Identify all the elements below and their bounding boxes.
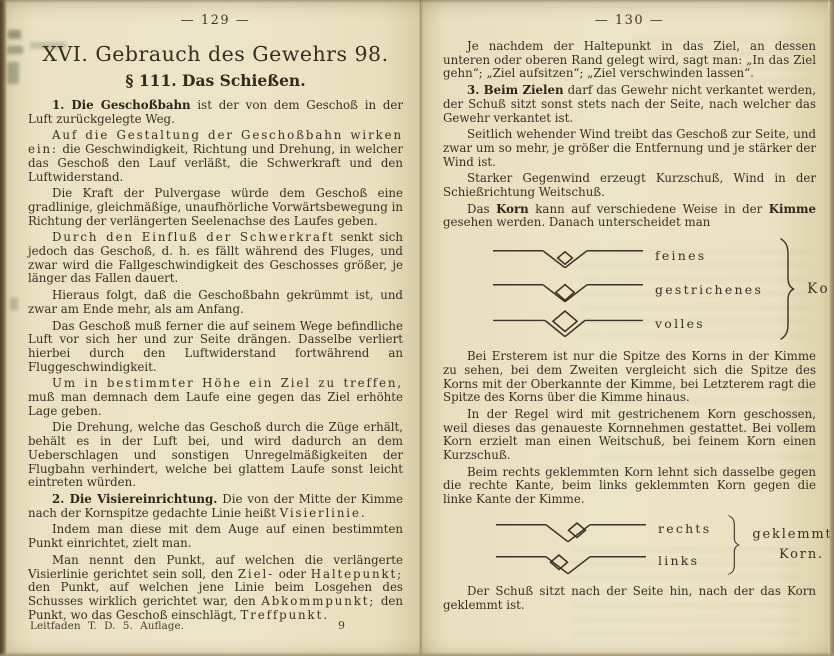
text-segment: Ziel- <box>238 567 274 581</box>
clamped-korn-brace-label: geklemmtes Korn. <box>752 525 834 565</box>
text-segment: Durch den Einfluß der Schwerkraft <box>52 230 335 244</box>
sight-row-left-clamped: links <box>496 545 711 577</box>
paragraph: Die Kraft der Pulvergase würde dem Gesch… <box>28 187 403 228</box>
text-segment: Seitlich wehender Wind treibt das Gescho… <box>443 127 816 168</box>
right-page: — 130 — Je nachdem der Haltepunkt in das… <box>422 0 828 656</box>
sight-label-right: rechts <box>658 521 711 536</box>
sight-picture-left-clamped-icon <box>496 544 646 578</box>
text-segment: 1. Die Geschoßbahn <box>52 98 191 112</box>
chapter-title: XVI. Gebrauch des Gewehrs 98. <box>28 42 403 66</box>
text-segment: Haltepunkt; <box>311 567 403 581</box>
page-number-129: — 129 — <box>28 0 403 28</box>
text-segment: Je nachdem der Haltepunkt in das Ziel, a… <box>443 39 816 80</box>
text-segment: Beim rechts geklemmten Korn lehnt sich d… <box>443 465 816 506</box>
text-segment: Starker Gegenwind erzeugt Kurzschuß, Win… <box>443 171 816 199</box>
sight-label-left: links <box>658 553 699 568</box>
text-segment: Das Geschoß muß ferner die auf seinem We… <box>28 319 403 374</box>
clamped-korn-label-line2: Korn. <box>752 545 834 565</box>
paragraph: Hieraus folgt, daß die Geschoßbahn gekrü… <box>28 289 403 316</box>
text-segment: Der Schuß sitzt nach der Seite hin, nach… <box>443 584 816 612</box>
sight-row-level: gestrichenes <box>493 272 763 306</box>
right-page-body-top: Je nachdem der Haltepunkt in das Ziel, a… <box>443 40 816 230</box>
sight-row-full: volles <box>493 306 763 340</box>
text-segment: Die Kraft der Pulvergase würde dem Gesch… <box>28 186 403 227</box>
text-segment: Korn <box>496 202 529 216</box>
book-gutter <box>419 0 423 656</box>
paragraph: 2. Die Visiereinrichtung. Die von der Mi… <box>28 493 403 520</box>
sight-rows: rechts links <box>496 513 711 577</box>
sight-row-right-clamped: rechts <box>496 513 711 545</box>
text-segment: muß man demnach dem Laufe eine gegen das… <box>28 390 403 418</box>
sight-picture-level-korn-icon <box>493 272 643 306</box>
left-page-footer: Leitfaden T. D. 5. Auflage. 9 <box>30 620 401 632</box>
text-segment: Kimme <box>769 202 816 216</box>
paragraph: Seitlich wehender Wind treibt das Gescho… <box>443 128 816 169</box>
text-segment: Um in bestimmter Höhe ein Ziel zu treffe… <box>52 376 403 390</box>
paragraph: Auf die Gestaltung der Geschoßbahn wirke… <box>28 129 403 184</box>
sight-diagram-korn-types: feines gestrichenes <box>493 236 816 342</box>
right-page-body-bottom: Der Schuß sitzt nach der Seite hin, nach… <box>443 585 816 612</box>
paragraph: Das Geschoß muß ferner die auf seinem We… <box>28 320 403 375</box>
section-title: § 111. Das Schießen. <box>28 71 403 90</box>
paragraph: Die Drehung, welche das Geschoß durch di… <box>28 421 403 490</box>
book-scan: — 129 — XVI. Gebrauch des Gewehrs 98. § … <box>0 0 834 656</box>
paragraph: Indem man diese mit dem Auge auf einen b… <box>28 523 403 550</box>
text-segment: Indem man diese mit dem Auge auf einen b… <box>28 522 403 550</box>
left-page: — 129 — XVI. Gebrauch des Gewehrs 98. § … <box>6 0 421 656</box>
text-segment: Das <box>467 202 496 216</box>
brace-icon <box>727 514 740 576</box>
paragraph: Beim rechts geklemmten Korn lehnt sich d… <box>443 466 816 507</box>
paragraph: 3. Beim Zielen darf das Gewehr nicht ver… <box>443 84 816 125</box>
text-segment: die Geschwindigkeit, Richtung und Drehun… <box>28 142 403 183</box>
text-segment: 3. Beim Zielen <box>467 83 564 97</box>
text-segment: Bei Ersterem ist nur die Spitze des Korn… <box>443 349 816 404</box>
text-segment: 2. Die Visiereinrichtung. <box>52 492 217 506</box>
paragraph: 1. Die Geschoßbahn ist der von dem Gesch… <box>28 99 403 126</box>
page-edge-right <box>828 0 834 656</box>
sight-rows: feines gestrichenes <box>493 238 763 340</box>
sight-label-fine: feines <box>655 248 706 263</box>
paragraph: Der Schuß sitzt nach der Seite hin, nach… <box>443 585 816 612</box>
paragraph: Das Korn kann auf verschiedene Weise in … <box>443 203 816 230</box>
left-page-body: 1. Die Geschoßbahn ist der von dem Gesch… <box>28 99 403 622</box>
paragraph: Starker Gegenwind erzeugt Kurzschuß, Win… <box>443 172 816 199</box>
brace-icon <box>779 236 795 342</box>
page-edge-top <box>0 0 834 3</box>
text-segment: gesehen werden. Danach unterscheidet man <box>443 215 710 229</box>
page-number-130: — 130 — <box>443 0 816 28</box>
text-segment: Visierlinie. <box>280 506 367 520</box>
sight-picture-right-clamped-icon <box>496 512 646 546</box>
page-edge-bottom <box>0 652 834 656</box>
text-segment: kann auf verschiedene Weise in der <box>529 202 769 216</box>
sight-picture-fine-korn-icon <box>493 238 643 272</box>
text-segment: Die Drehung, welche das Geschoß durch di… <box>28 420 403 489</box>
paragraph: In der Regel wird mit gestrichenem Korn … <box>443 408 816 463</box>
right-page-body-middle: Bei Ersterem ist nur die Spitze des Korn… <box>443 350 816 507</box>
paragraph: Bei Ersterem ist nur die Spitze des Korn… <box>443 350 816 405</box>
paragraph: Um in bestimmter Höhe ein Ziel zu treffe… <box>28 377 403 418</box>
clamped-korn-label-line1: geklemmtes <box>752 525 834 545</box>
text-segment: Hieraus folgt, daß die Geschoßbahn gekrü… <box>28 288 403 316</box>
paragraph: Man nennt den Punkt, auf welchen die ver… <box>28 554 403 623</box>
sight-label-full: volles <box>655 316 705 331</box>
signature-mark: 9 <box>338 619 345 632</box>
sight-row-fine: feines <box>493 238 763 272</box>
text-segment: Abkommpunkt; <box>261 594 375 608</box>
text-segment: oder <box>274 567 311 581</box>
text-segment: In der Regel wird mit gestrichenem Korn … <box>443 407 816 462</box>
paragraph: Je nachdem der Haltepunkt in das Ziel, a… <box>443 40 816 81</box>
paragraph: Durch den Einfluß der Schwerkraft senkt … <box>28 231 403 286</box>
sight-label-level: gestrichenes <box>655 282 763 297</box>
sight-picture-full-korn-icon <box>493 306 643 340</box>
page-edge-left <box>0 0 7 656</box>
edition-note: Leitfaden T. D. 5. Auflage. <box>30 620 184 632</box>
sight-diagram-clamped-korn: rechts links geklemmtes <box>496 513 816 577</box>
